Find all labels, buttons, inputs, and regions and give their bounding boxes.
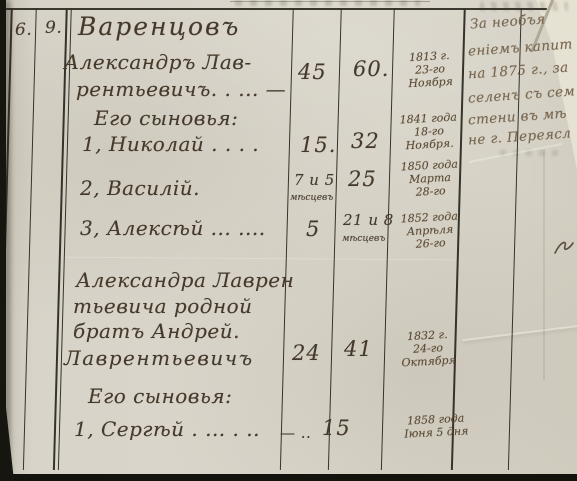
age-prev-head: 45: [298, 60, 327, 84]
birth-date-head: 1813 г. 23-го Ноября: [395, 48, 465, 91]
son-name-aleksey: 3, Алексѣй ... ....: [80, 216, 266, 240]
age-prev-vasiliy: 7 и 5: [294, 171, 335, 189]
brother-line-3: братъ Андрей.: [73, 319, 240, 343]
age-now-head: 60.: [353, 57, 389, 81]
sons-section-label-2: Его сыновья:: [88, 384, 232, 408]
age-prev-vasiliy-unit: мѣсцевъ: [290, 193, 333, 203]
household-number: 6.: [15, 20, 32, 40]
birth-date-sergey: 1858 года Іюня 5 дня: [397, 411, 474, 441]
birth-date-brother: 1832 г. 24-го Октября: [393, 327, 463, 370]
birth-date-nikolai: 1841 года 18-го Ноября.: [393, 110, 465, 153]
brother-line-2: тьевича родной: [73, 294, 253, 318]
birth-date-aleksey: 1852 года Апрѣля 26-го: [395, 209, 465, 252]
scanned-document-page: 6. 9. Варенцовъ Александръ Лав- рентьеви…: [0, 0, 577, 481]
son-name-sergey: 1, Сергѣй . ... . ..: [74, 417, 260, 441]
age-now-nikolai: 32: [351, 129, 380, 153]
age-now-brother: 41: [344, 337, 373, 361]
age-now-sergey: 15: [322, 416, 351, 440]
age-now-aleksey: 21 и 8: [343, 211, 394, 229]
son-name-nikolai: 1, Николай . . . .: [82, 132, 259, 156]
age-prev-brother: 24: [292, 341, 321, 365]
brother-line-4: Лаврентьевичъ: [64, 346, 254, 370]
family-number: 9.: [45, 18, 62, 38]
age-now-aleksey-unit: мѣсцевъ: [342, 234, 385, 244]
age-prev-nikolai: 15.: [300, 133, 336, 157]
age-prev-aleksey: 5: [306, 217, 320, 241]
head-surname: Варенцовъ: [78, 12, 240, 41]
head-patronymic: рентьевичъ. . ... —: [76, 77, 286, 101]
head-given-name: Александръ Лав-: [64, 50, 252, 74]
birth-date-vasiliy: 1850 года Марта 28-го: [395, 157, 465, 200]
age-now-vasiliy: 25: [348, 167, 377, 191]
son-name-vasiliy: 2, Василій.: [80, 176, 200, 200]
ink-flourish-mark: [552, 238, 576, 258]
brother-line-1: Александра Лаврен: [76, 268, 294, 292]
age-prev-sergey: — ..: [280, 424, 311, 442]
sons-section-label: Его сыновья:: [94, 106, 238, 130]
bottom-page-edge: [0, 474, 577, 481]
